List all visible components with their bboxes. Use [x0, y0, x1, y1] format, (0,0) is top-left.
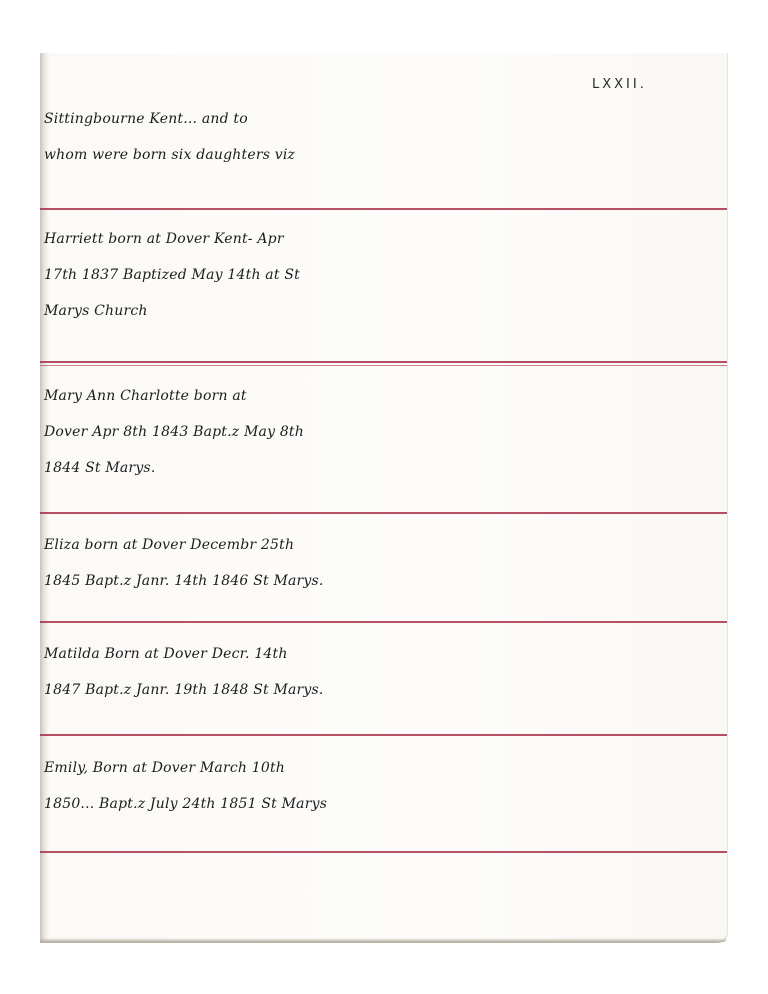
entry-eliza: Eliza born at Dover Decembr 25th 1845 Ba… [44, 527, 724, 599]
red-rule-line [40, 734, 727, 736]
red-double-rule-line [40, 361, 727, 363]
intro-line: Sittingbourne Kent... and to [44, 101, 724, 137]
red-rule-line [40, 851, 727, 853]
entry-line: 1845 Bapt.z Janr. 14th 1846 St Marys. [44, 563, 724, 599]
entry-line: 1847 Bapt.z Janr. 19th 1848 St Marys. [44, 672, 724, 708]
page-number: LXXII. [592, 77, 647, 92]
intro-text: Sittingbourne Kent... and to whom were b… [44, 101, 724, 173]
entry-line: Dover Apr 8th 1843 Bapt.z May 8th [44, 414, 724, 450]
entry-line: 1850... Bapt.z July 24th 1851 St Marys [44, 786, 724, 822]
entry-line: Matilda Born at Dover Decr. 14th [44, 636, 724, 672]
entry-line: Marys Church [44, 293, 724, 329]
red-rule-line [40, 512, 727, 514]
red-rule-line [40, 621, 727, 623]
entry-emily: Emily, Born at Dover March 10th 1850... … [44, 750, 724, 822]
entry-line: Emily, Born at Dover March 10th [44, 750, 724, 786]
entry-harriett: Harriett born at Dover Kent- Apr 17th 18… [44, 221, 724, 329]
register-page: LXXII. Sittingbourne Kent... and to whom… [40, 53, 727, 942]
entry-line: Mary Ann Charlotte born at [44, 378, 724, 414]
entry-mary-ann-charlotte: Mary Ann Charlotte born at Dover Apr 8th… [44, 378, 724, 486]
intro-line: whom were born six daughters viz [44, 137, 724, 173]
entry-line: 17th 1837 Baptized May 14th at St [44, 257, 724, 293]
red-rule-line [40, 208, 727, 210]
entry-matilda: Matilda Born at Dover Decr. 14th 1847 Ba… [44, 636, 724, 708]
entry-line: Eliza born at Dover Decembr 25th [44, 527, 724, 563]
entry-line: 1844 St Marys. [44, 450, 724, 486]
entry-line: Harriett born at Dover Kent- Apr [44, 221, 724, 257]
